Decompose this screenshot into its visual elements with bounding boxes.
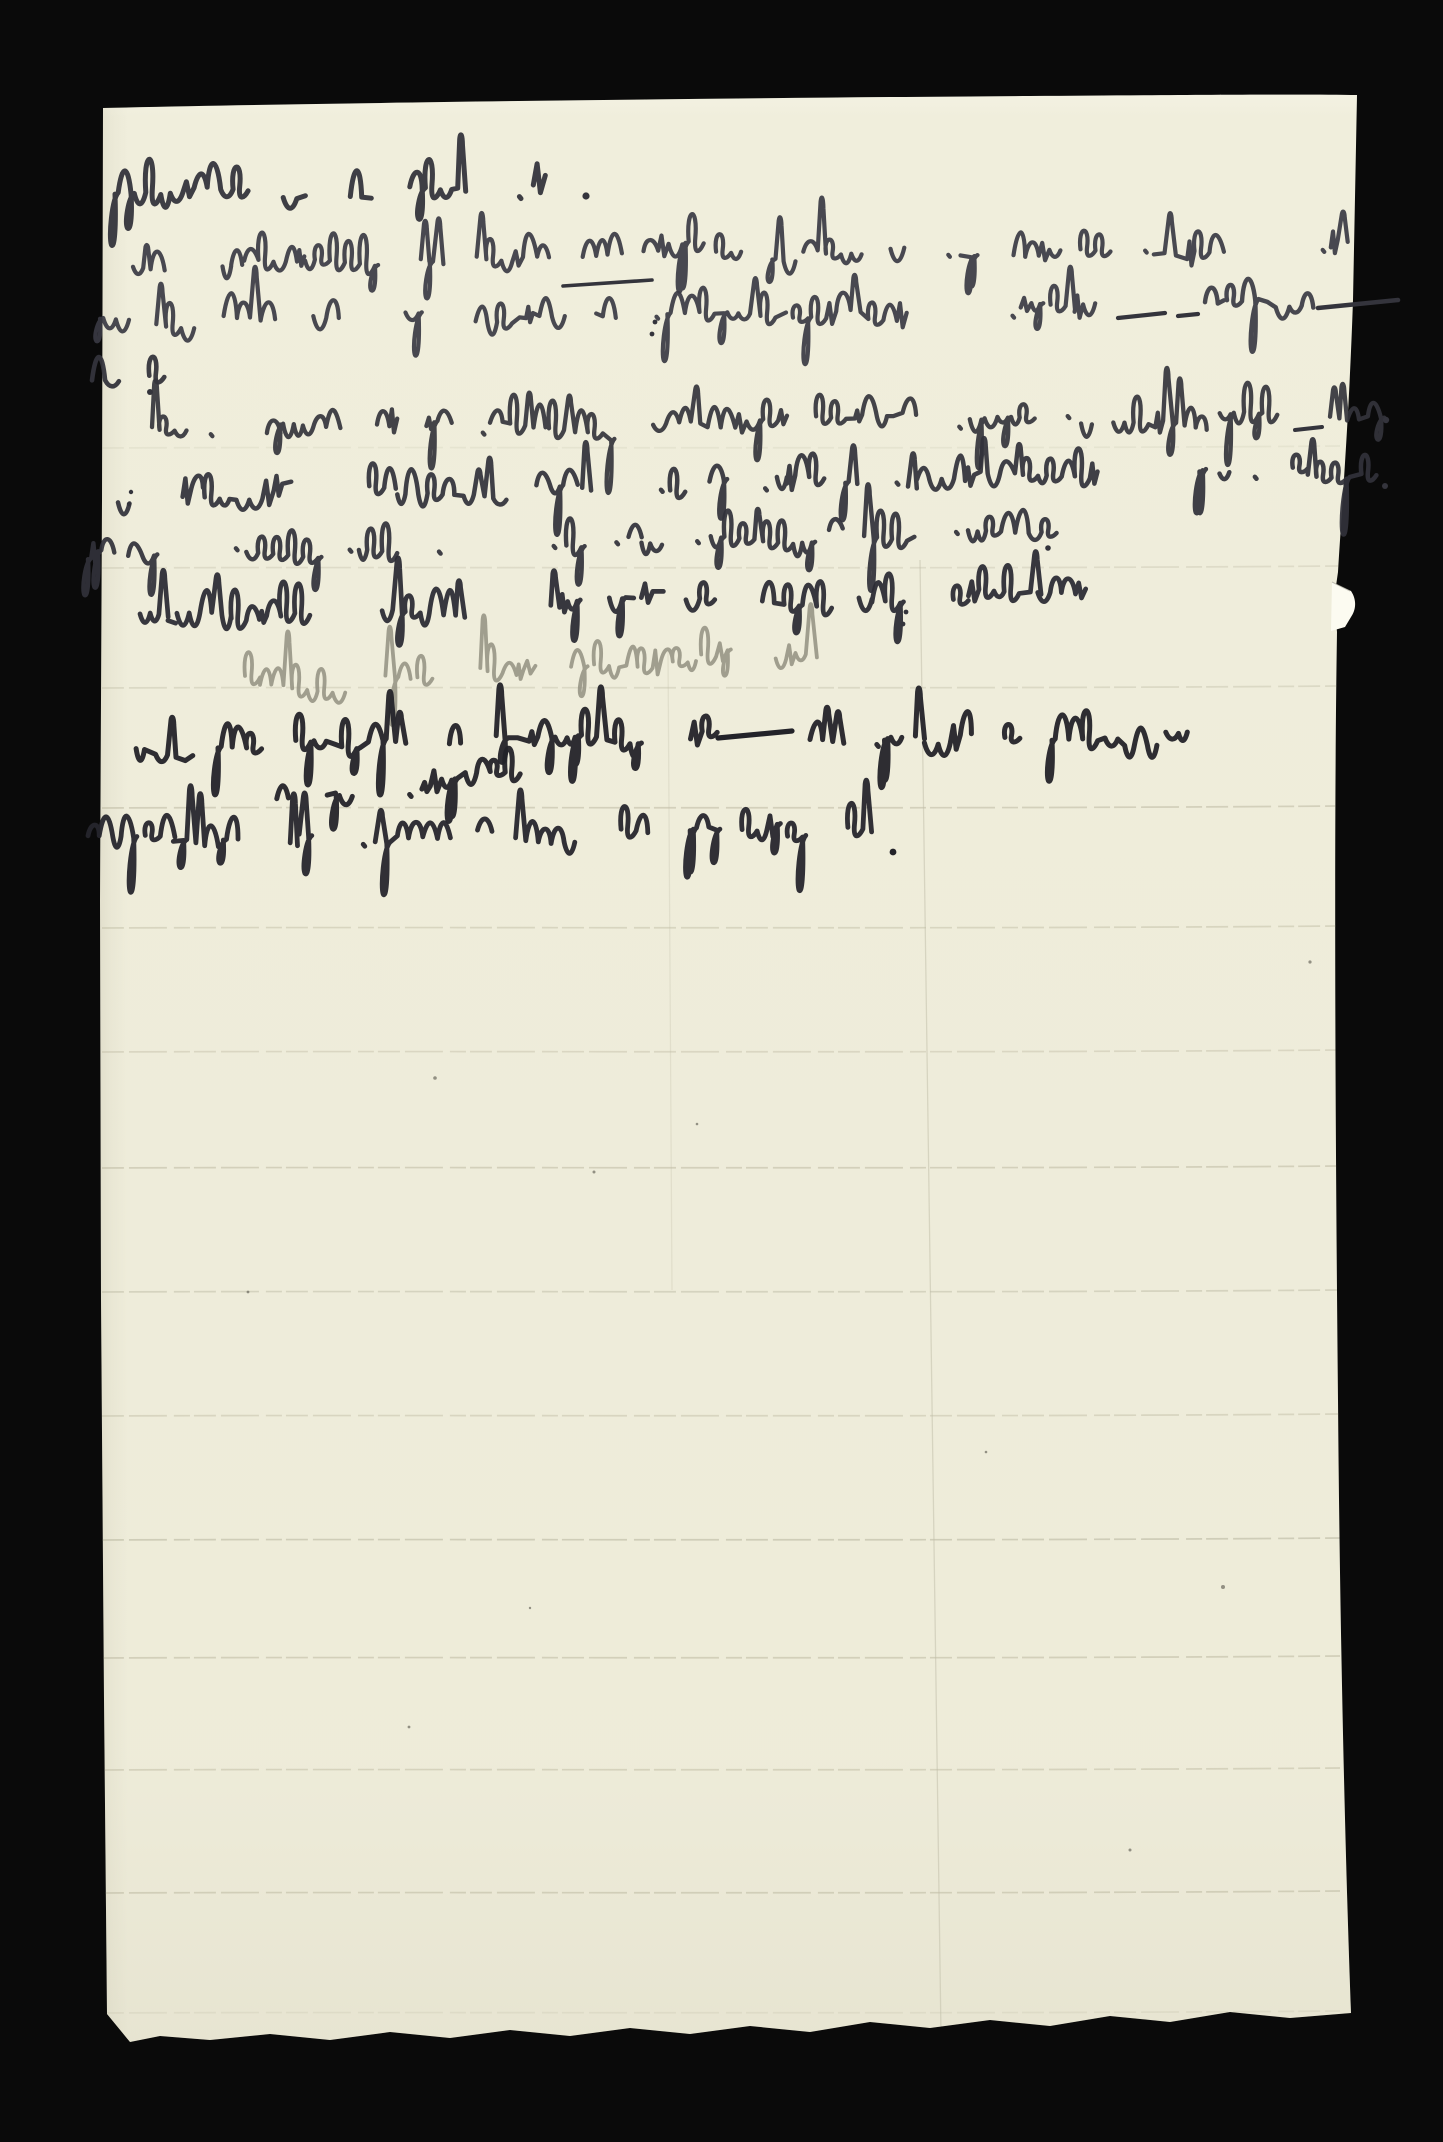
ink-dot (147, 389, 153, 395)
paper-speck (1221, 1585, 1225, 1589)
ink-dot (653, 320, 658, 325)
paper-speck (696, 1123, 699, 1126)
ink-dot (650, 332, 655, 337)
paper-speck (247, 1291, 250, 1294)
ink-dot (582, 192, 589, 199)
paper-speck (985, 1451, 988, 1454)
paper-speck (529, 1607, 531, 1609)
paper-speck (433, 1076, 437, 1080)
ink-dot (901, 622, 906, 627)
paper-speck (1308, 960, 1311, 963)
ink-dot (1045, 545, 1051, 551)
ink-dot (1383, 417, 1389, 423)
ink-dot (129, 490, 133, 494)
ink-dot (890, 849, 897, 856)
paper-speck (1129, 1849, 1132, 1852)
scanned-page: mostly illegible shorthand; only fragmen… (0, 0, 1443, 2142)
ink-dot (127, 502, 131, 506)
ink-dot (904, 610, 909, 615)
ink-dash (1178, 314, 1198, 316)
ink-dot (1382, 483, 1388, 489)
paper-speck (593, 1171, 596, 1174)
scan-canvas (0, 0, 1443, 2142)
paper-speck (408, 1726, 411, 1729)
